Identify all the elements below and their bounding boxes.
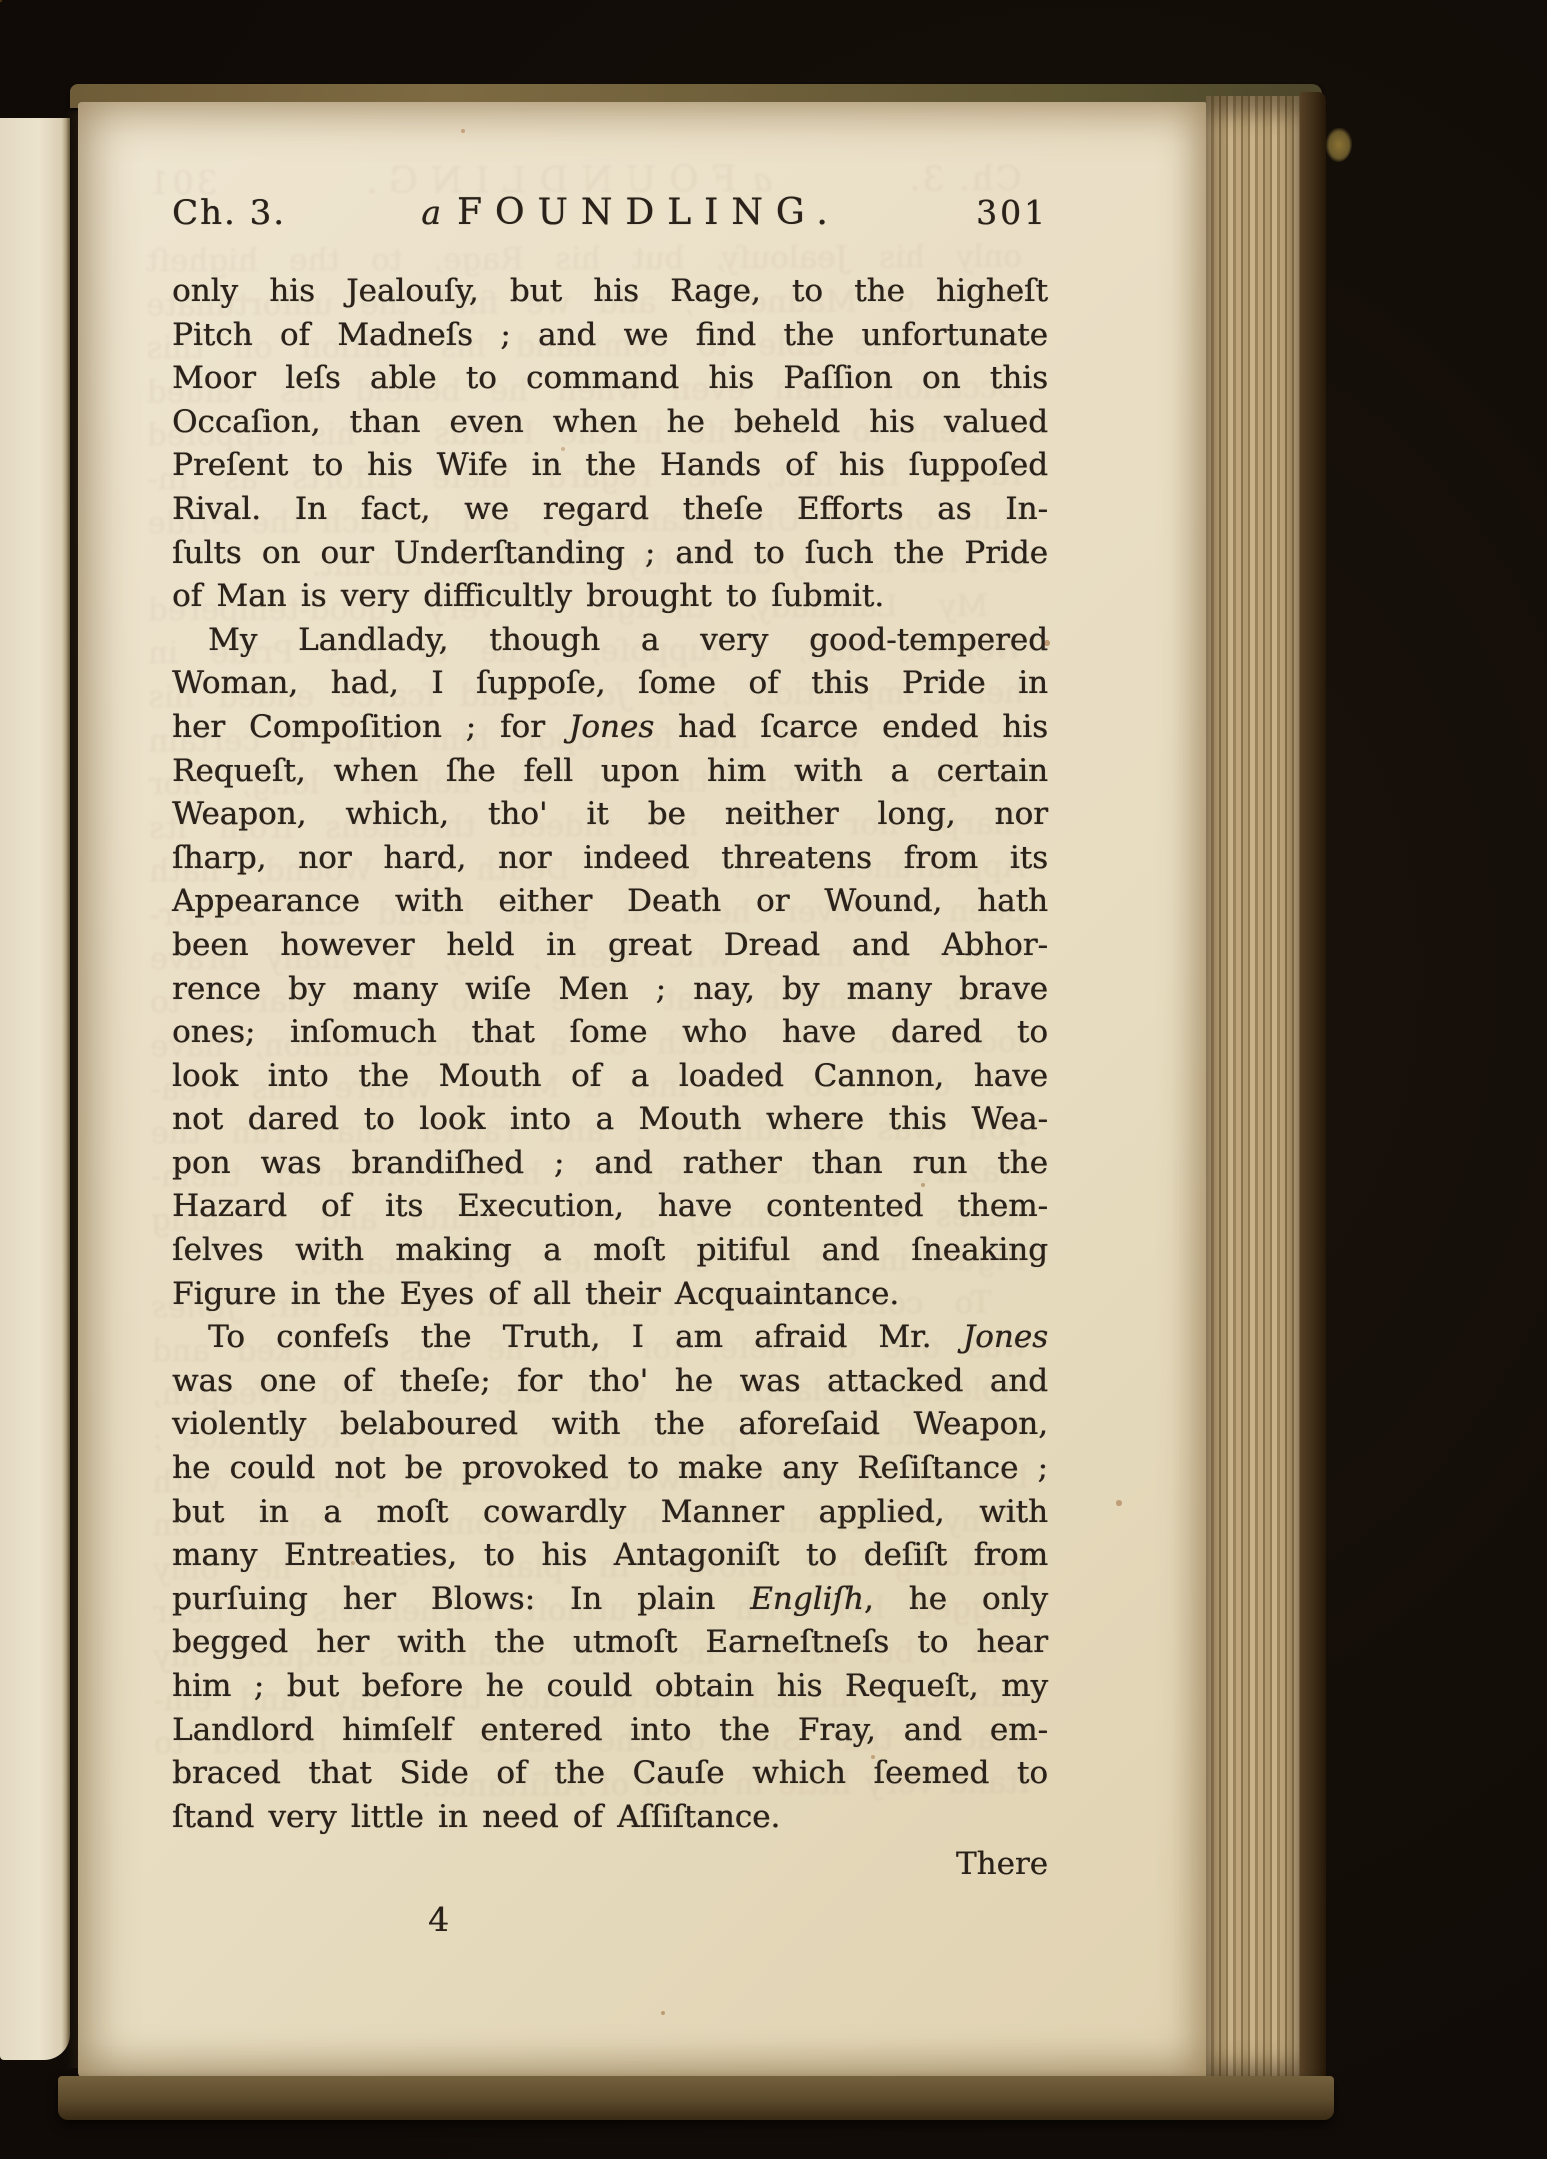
text-line: Moor leſs able to command his Paſſion on… — [172, 357, 1048, 401]
text-line: violently belaboured with the aforeſaid … — [172, 1403, 1048, 1447]
text-line: only his Jealouſy, but his Rage, to the … — [172, 270, 1048, 314]
dust-fragment — [1326, 128, 1352, 162]
page-number: 301 — [976, 193, 1048, 232]
text-line: ſults on our Underſtanding ; and to ſuch… — [172, 532, 1048, 576]
text-line: Requeſt, when ſhe fell upon him with a c… — [172, 750, 1048, 794]
text-line: ones; inſomuch that ſome who have dared … — [172, 1011, 1048, 1055]
text-line: him ; but before he could obtain his Req… — [172, 1665, 1048, 1709]
fore-edge-pages — [1206, 96, 1302, 2082]
text-line: purſuing her Blows: In plain Engliſh, he… — [172, 1578, 1048, 1622]
text-line: Occaſion, than even when he beheld his v… — [172, 401, 1048, 445]
text-line: braced that Side of the Cauſe which ſeem… — [172, 1752, 1048, 1796]
text-line: was one of theſe; for tho' he was attack… — [172, 1360, 1048, 1404]
page-header: Ch. 3. aFOUNDLING. 301 — [172, 192, 1048, 252]
text-line: many Entreaties, to his Antagoniſt to de… — [172, 1534, 1048, 1578]
foxing-specks — [0, 0, 2, 2]
text-line: been however held in great Dread and Abh… — [172, 924, 1048, 968]
text-line: Preſent to his Wife in the Hands of his … — [172, 444, 1048, 488]
text-line: Figure in the Eyes of all their Acquaint… — [172, 1273, 1048, 1317]
text-line: To confeſs the Truth, I am afraid Mr. Jo… — [172, 1316, 1048, 1360]
text-line: of Man is very difficultly brought to ſu… — [172, 575, 1048, 619]
chapter-label: Ch. 3. — [172, 193, 286, 233]
text-line: Landlord himſelf entered into the Fray, … — [172, 1709, 1048, 1753]
text-line: Hazard of its Execution, have contented … — [172, 1185, 1048, 1229]
cover-edge-right — [1300, 92, 1326, 2090]
printed-content: Ch. 3. aFOUNDLING. 301 only his Jealouſy… — [172, 192, 1048, 1839]
running-title-main: FOUNDLING. — [457, 192, 841, 233]
text-line: Weapon, which, tho' it be neither long, … — [172, 793, 1048, 837]
text-line: begged her with the utmoſt Earneſtneſs t… — [172, 1621, 1048, 1665]
text-line: Woman, had, I ſuppoſe, ſome of this Prid… — [172, 662, 1048, 706]
text-line: Rival. In fact, we regard theſe Efforts … — [172, 488, 1048, 532]
body-text: only his Jealouſy, but his Rage, to the … — [172, 270, 1048, 1839]
text-line: Pitch of Madneſs ; and we find the unfor… — [172, 314, 1048, 358]
text-line: look into the Mouth of a loaded Cannon, … — [172, 1055, 1048, 1099]
text-line: ſtand very little in need of Aſſiſtance. — [172, 1796, 1048, 1840]
text-line: pon was brandiſhed ; and rather than run… — [172, 1142, 1048, 1186]
text-line: Appearance with either Death or Wound, h… — [172, 880, 1048, 924]
text-line: not dared to look into a Mouth where thi… — [172, 1098, 1048, 1142]
text-line: but in a moſt cowardly Manner applied, w… — [172, 1491, 1048, 1535]
running-title: aFOUNDLING. — [421, 192, 840, 233]
text-line: ſelves with making a moſt pitiful and ſn… — [172, 1229, 1048, 1273]
book-bottom-edge — [58, 2076, 1334, 2120]
text-line: My Landlady, though a very good-tempered — [172, 619, 1048, 663]
text-line: he could not be provoked to make any Reſ… — [172, 1447, 1048, 1491]
book-photo: Ch. 3. aFOUNDLING. 301 only his Jealouſy… — [0, 0, 1547, 2159]
running-title-article: a — [421, 193, 441, 232]
text-line: rence by many wiſe Men ; nay, by many br… — [172, 968, 1048, 1012]
text-line: ſharp, nor hard, nor indeed threatens fr… — [172, 837, 1048, 881]
catchword: There — [172, 1846, 1048, 1882]
signature-mark: 4 — [428, 1900, 449, 1939]
text-line: her Compoſition ; for Jones had ſcarce e… — [172, 706, 1048, 750]
previous-page-edge — [0, 118, 70, 2060]
